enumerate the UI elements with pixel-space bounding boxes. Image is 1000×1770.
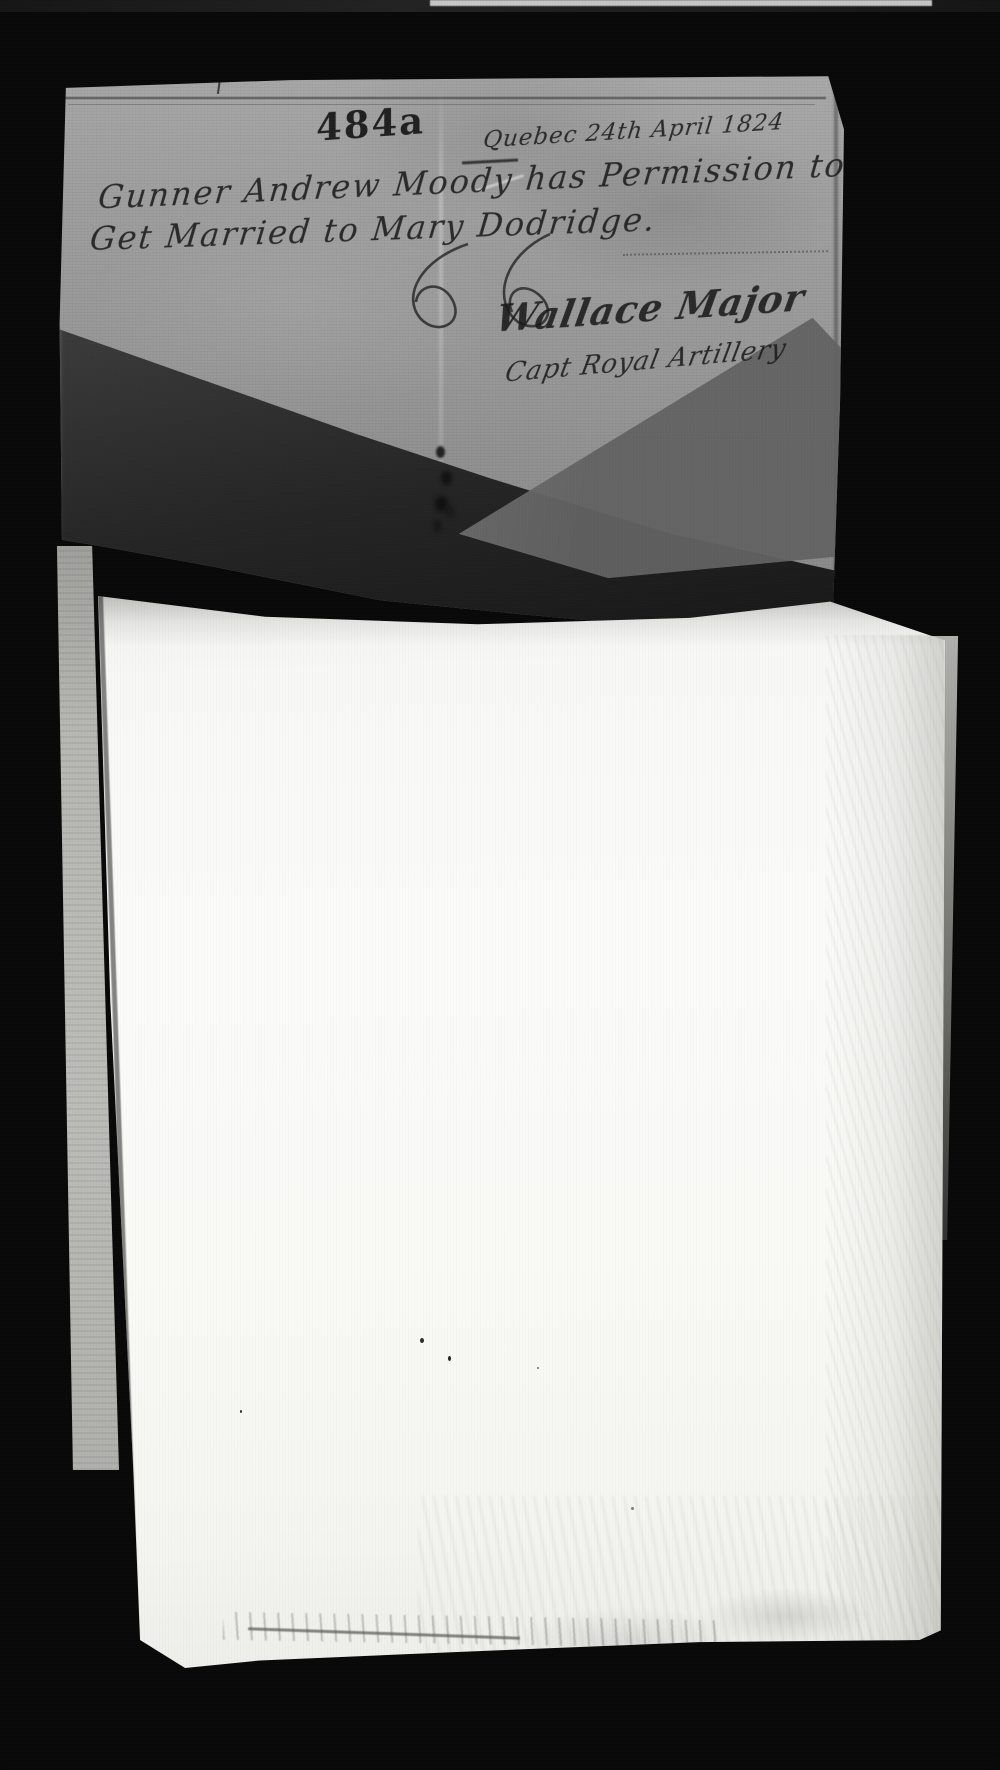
microfilm-scan: 484a Quebec 24th April 1824 Gunner Andre… xyxy=(0,0,1000,1770)
pen-flourish-descender xyxy=(396,238,478,340)
page-right-texture xyxy=(826,635,945,1646)
dust-speck xyxy=(420,1338,424,1343)
film-top-highlight-line xyxy=(430,0,932,6)
dust-speck xyxy=(631,1507,634,1510)
dust-speck xyxy=(537,1367,539,1369)
dust-speck xyxy=(240,1410,242,1413)
ink-blot xyxy=(436,446,445,458)
filing-number: 484a xyxy=(316,98,425,150)
marriage-permission-letter: 484a Quebec 24th April 1824 Gunner Andre… xyxy=(58,74,844,628)
dust-speck xyxy=(448,1356,451,1361)
blank-page xyxy=(95,592,945,1668)
letter-top-edge-line xyxy=(64,97,826,99)
